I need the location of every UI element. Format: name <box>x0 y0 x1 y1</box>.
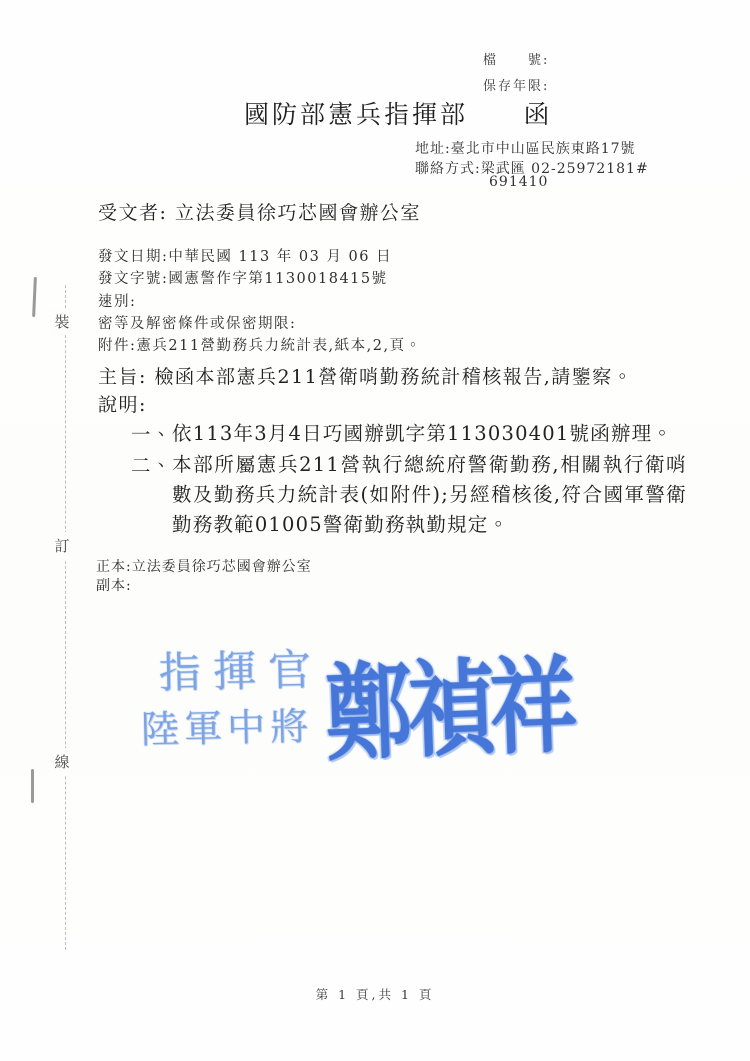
commander-signature: 鄭禎祥 <box>322 621 574 780</box>
explanation-item-2: 二、 本部所屬憲兵211營執行總統府警衛勤務,相關執行衛哨數及勤務兵力統計表(如… <box>131 450 687 540</box>
contact-extension: 691410 <box>489 174 548 190</box>
commander-rank-stamp: 陸軍中將 <box>140 695 313 754</box>
explanation-item-1: 一、 依113年3月4日巧國辦凱字第113030401號函辦理。 <box>131 419 687 449</box>
issue-number-line: 發文字號:國憲警作字第1130018415號 <box>98 267 388 288</box>
binding-mark-xian: 線 <box>51 748 73 775</box>
attachment-line: 附件:憲兵211營勤務兵力統計表,紙本,2,頁。 <box>98 334 422 355</box>
item-number: 二、 <box>131 450 172 478</box>
binding-dotted-line <box>65 285 66 950</box>
security-line: 密等及解密條件或保密期限: <box>98 312 296 333</box>
retention-period-label: 保存年限: <box>483 75 549 94</box>
carbon-copy-line: 副本: <box>96 575 132 595</box>
page-footer: 第 1 頁,共 1 頁 <box>0 985 750 1003</box>
original-copy-line: 正本:立法委員徐巧芯國會辦公室 <box>96 556 312 576</box>
scanned-official-letter: 裝 訂 線 檔 號: 保存年限: 國防部憲兵指揮部 函 地址:臺北市中山區民族東… <box>0 0 750 1061</box>
address-line: 地址:臺北市中山區民族東路17號 <box>415 138 636 158</box>
issue-date-line: 發文日期:中華民國 113 年 03 月 06 日 <box>98 245 392 266</box>
document-title: 國防部憲兵指揮部 函 <box>244 95 552 131</box>
speed-line: 速別: <box>98 290 136 311</box>
binding-mark-ding: 訂 <box>51 532 73 559</box>
explanation-label: 說明: <box>98 390 147 417</box>
item-number: 一、 <box>131 419 172 447</box>
item-text: 本部所屬憲兵211營執行總統府警衛勤務,相關執行衛哨數及勤務兵力統計表(如附件)… <box>172 450 687 540</box>
commander-title-stamp: 指揮官 <box>157 636 323 700</box>
binding-bracket-top <box>32 277 37 317</box>
binding-mark-zhuang: 裝 <box>51 308 73 335</box>
file-number-label: 檔 號: <box>483 49 549 68</box>
item-text: 依113年3月4日巧國辦凱字第113030401號函辦理。 <box>172 419 687 449</box>
recipient-line: 受文者: 立法委員徐巧芯國會辦公室 <box>98 198 421 225</box>
binding-bracket-bottom <box>31 769 34 803</box>
subject-line: 主旨: 檢函本部憲兵211營衛哨勤務統計稽核報告,請鑒察。 <box>98 362 633 389</box>
